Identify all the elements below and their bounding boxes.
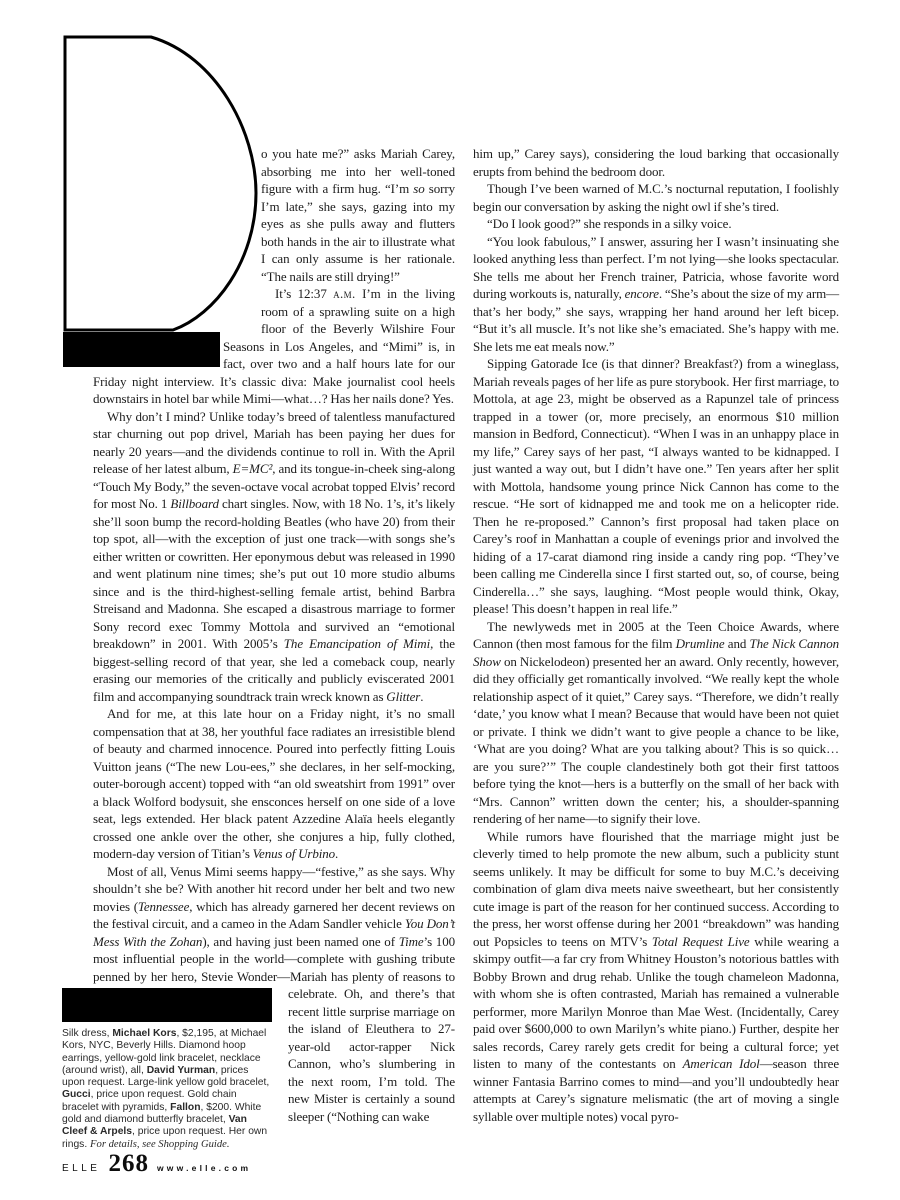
- article-paragraph: D o you hate me?” asks Mariah Carey, abs…: [93, 145, 455, 285]
- article-column-right: him up,” Carey says), considering the lo…: [473, 145, 839, 1125]
- article-paragraph: Why don’t I mind? Unlike today’s breed o…: [93, 408, 455, 706]
- paragraph-text: Why don’t I mind? Unlike today’s breed o…: [93, 409, 455, 704]
- drop-cap: D: [63, 35, 258, 332]
- redaction-bar-top: [63, 332, 220, 367]
- paragraph-text: Though I’ve been warned of M.C.’s noctur…: [473, 181, 839, 214]
- photo-caption-block: Silk dress, Michael Kors, $2,195, at Mic…: [62, 988, 274, 1151]
- paragraph-text: “Do I look good?” she responds in a silk…: [487, 216, 732, 231]
- article-paragraph: “You look fabulous,” I answer, assuring …: [473, 233, 839, 356]
- website-url: www.elle.com: [157, 1163, 251, 1173]
- paragraph-text: Sipping Gatorade Ice (is that dinner? Br…: [473, 356, 839, 616]
- paragraph-text: Most of all, Venus Mimi seems happy—“fes…: [93, 864, 455, 984]
- article-paragraph: Though I’ve been warned of M.C.’s noctur…: [473, 180, 839, 215]
- article-paragraph: While rumors have flourished that the ma…: [473, 828, 839, 1126]
- redaction-bar-caption: [62, 988, 272, 1022]
- article-paragraph: And for me, at this late hour on a Frida…: [93, 705, 455, 863]
- paragraph-text: The newlyweds met in 2005 at the Teen Ch…: [473, 619, 839, 827]
- paragraph-text: While rumors have flourished that the ma…: [473, 829, 839, 1124]
- paragraph-text: o you hate me?” asks Mariah Carey, absor…: [261, 146, 455, 284]
- article-column-left: D o you hate me?” asks Mariah Carey, abs…: [93, 145, 455, 1151]
- paragraph-text: has plenty of reasons to celebrate. Oh, …: [288, 969, 455, 1124]
- article-paragraph: Sipping Gatorade Ice (is that dinner? Br…: [473, 355, 839, 618]
- article-paragraph: Most of all, Venus Mimi seems happy—“fes…: [93, 863, 455, 1126]
- paragraph-text: “You look fabulous,” I answer, assuring …: [473, 234, 839, 354]
- paragraph-text: him up,” Carey says), considering the lo…: [473, 146, 839, 179]
- article-paragraph: him up,” Carey says), considering the lo…: [473, 145, 839, 180]
- page-number: 268: [108, 1150, 149, 1178]
- paragraph-text: And for me, at this late hour on a Frida…: [93, 706, 455, 861]
- article-paragraph: The newlyweds met in 2005 at the Teen Ch…: [473, 618, 839, 828]
- fashion-credits-caption: Silk dress, Michael Kors, $2,195, at Mic…: [62, 1028, 274, 1151]
- magazine-page: D o you hate me?” asks Mariah Carey, abs…: [0, 0, 900, 1200]
- magazine-logo: ELLE: [62, 1163, 100, 1174]
- article-paragraph: “Do I look good?” she responds in a silk…: [473, 215, 839, 233]
- page-footer: ELLE 268 www.elle.com: [62, 1150, 251, 1178]
- drop-cap-outline: [63, 35, 258, 332]
